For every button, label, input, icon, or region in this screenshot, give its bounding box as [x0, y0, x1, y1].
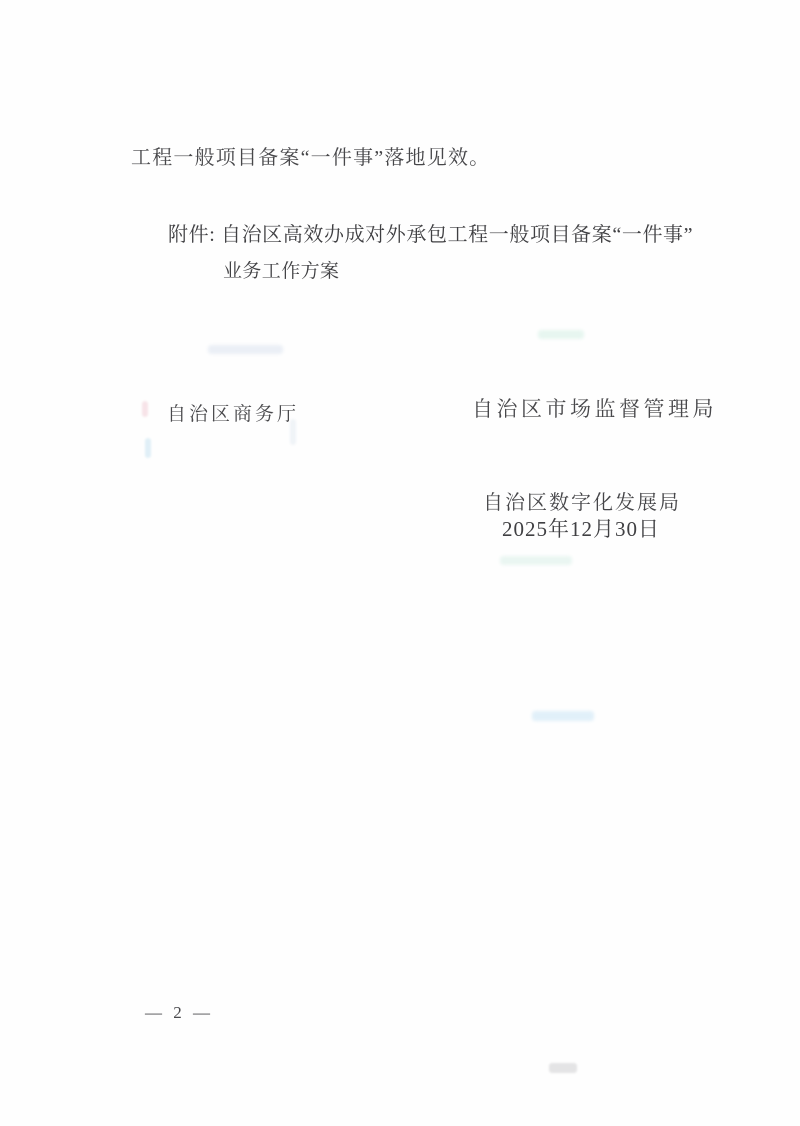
issuer-digital-development-bureau: 自治区数字化发展局	[483, 491, 681, 516]
scan-smudge	[208, 345, 283, 354]
attachment-title-line2: 业务工作方案	[223, 260, 339, 284]
page-number: — 2 —	[145, 1002, 210, 1023]
document-page: 工程一般项目备案“一件事”落地见效。 附件: 自治区高效办成对外承包工程一般项目…	[0, 0, 800, 1126]
scan-smudge	[145, 438, 151, 458]
scan-smudge	[532, 711, 594, 721]
issuer-commerce-department: 自治区商务厅	[167, 403, 299, 427]
scan-smudge	[549, 1063, 577, 1073]
issuer-market-regulation-bureau: 自治区市场监督管理局	[472, 396, 717, 422]
scan-smudge	[142, 401, 148, 417]
issue-date: 2025年12月30日	[502, 516, 660, 542]
scan-smudge	[500, 556, 572, 565]
attachment-label: 附件:	[168, 224, 221, 246]
scan-smudge	[538, 330, 584, 339]
paragraph-tail-line: 工程一般项目备案“一件事”落地见效。	[131, 146, 490, 171]
attachment-line: 附件: 自治区高效办成对外承包工程一般项目备案“一件事”	[168, 223, 693, 248]
attachment-title-line1: 自治区高效办成对外承包工程一般项目备案“一件事”	[221, 224, 693, 246]
